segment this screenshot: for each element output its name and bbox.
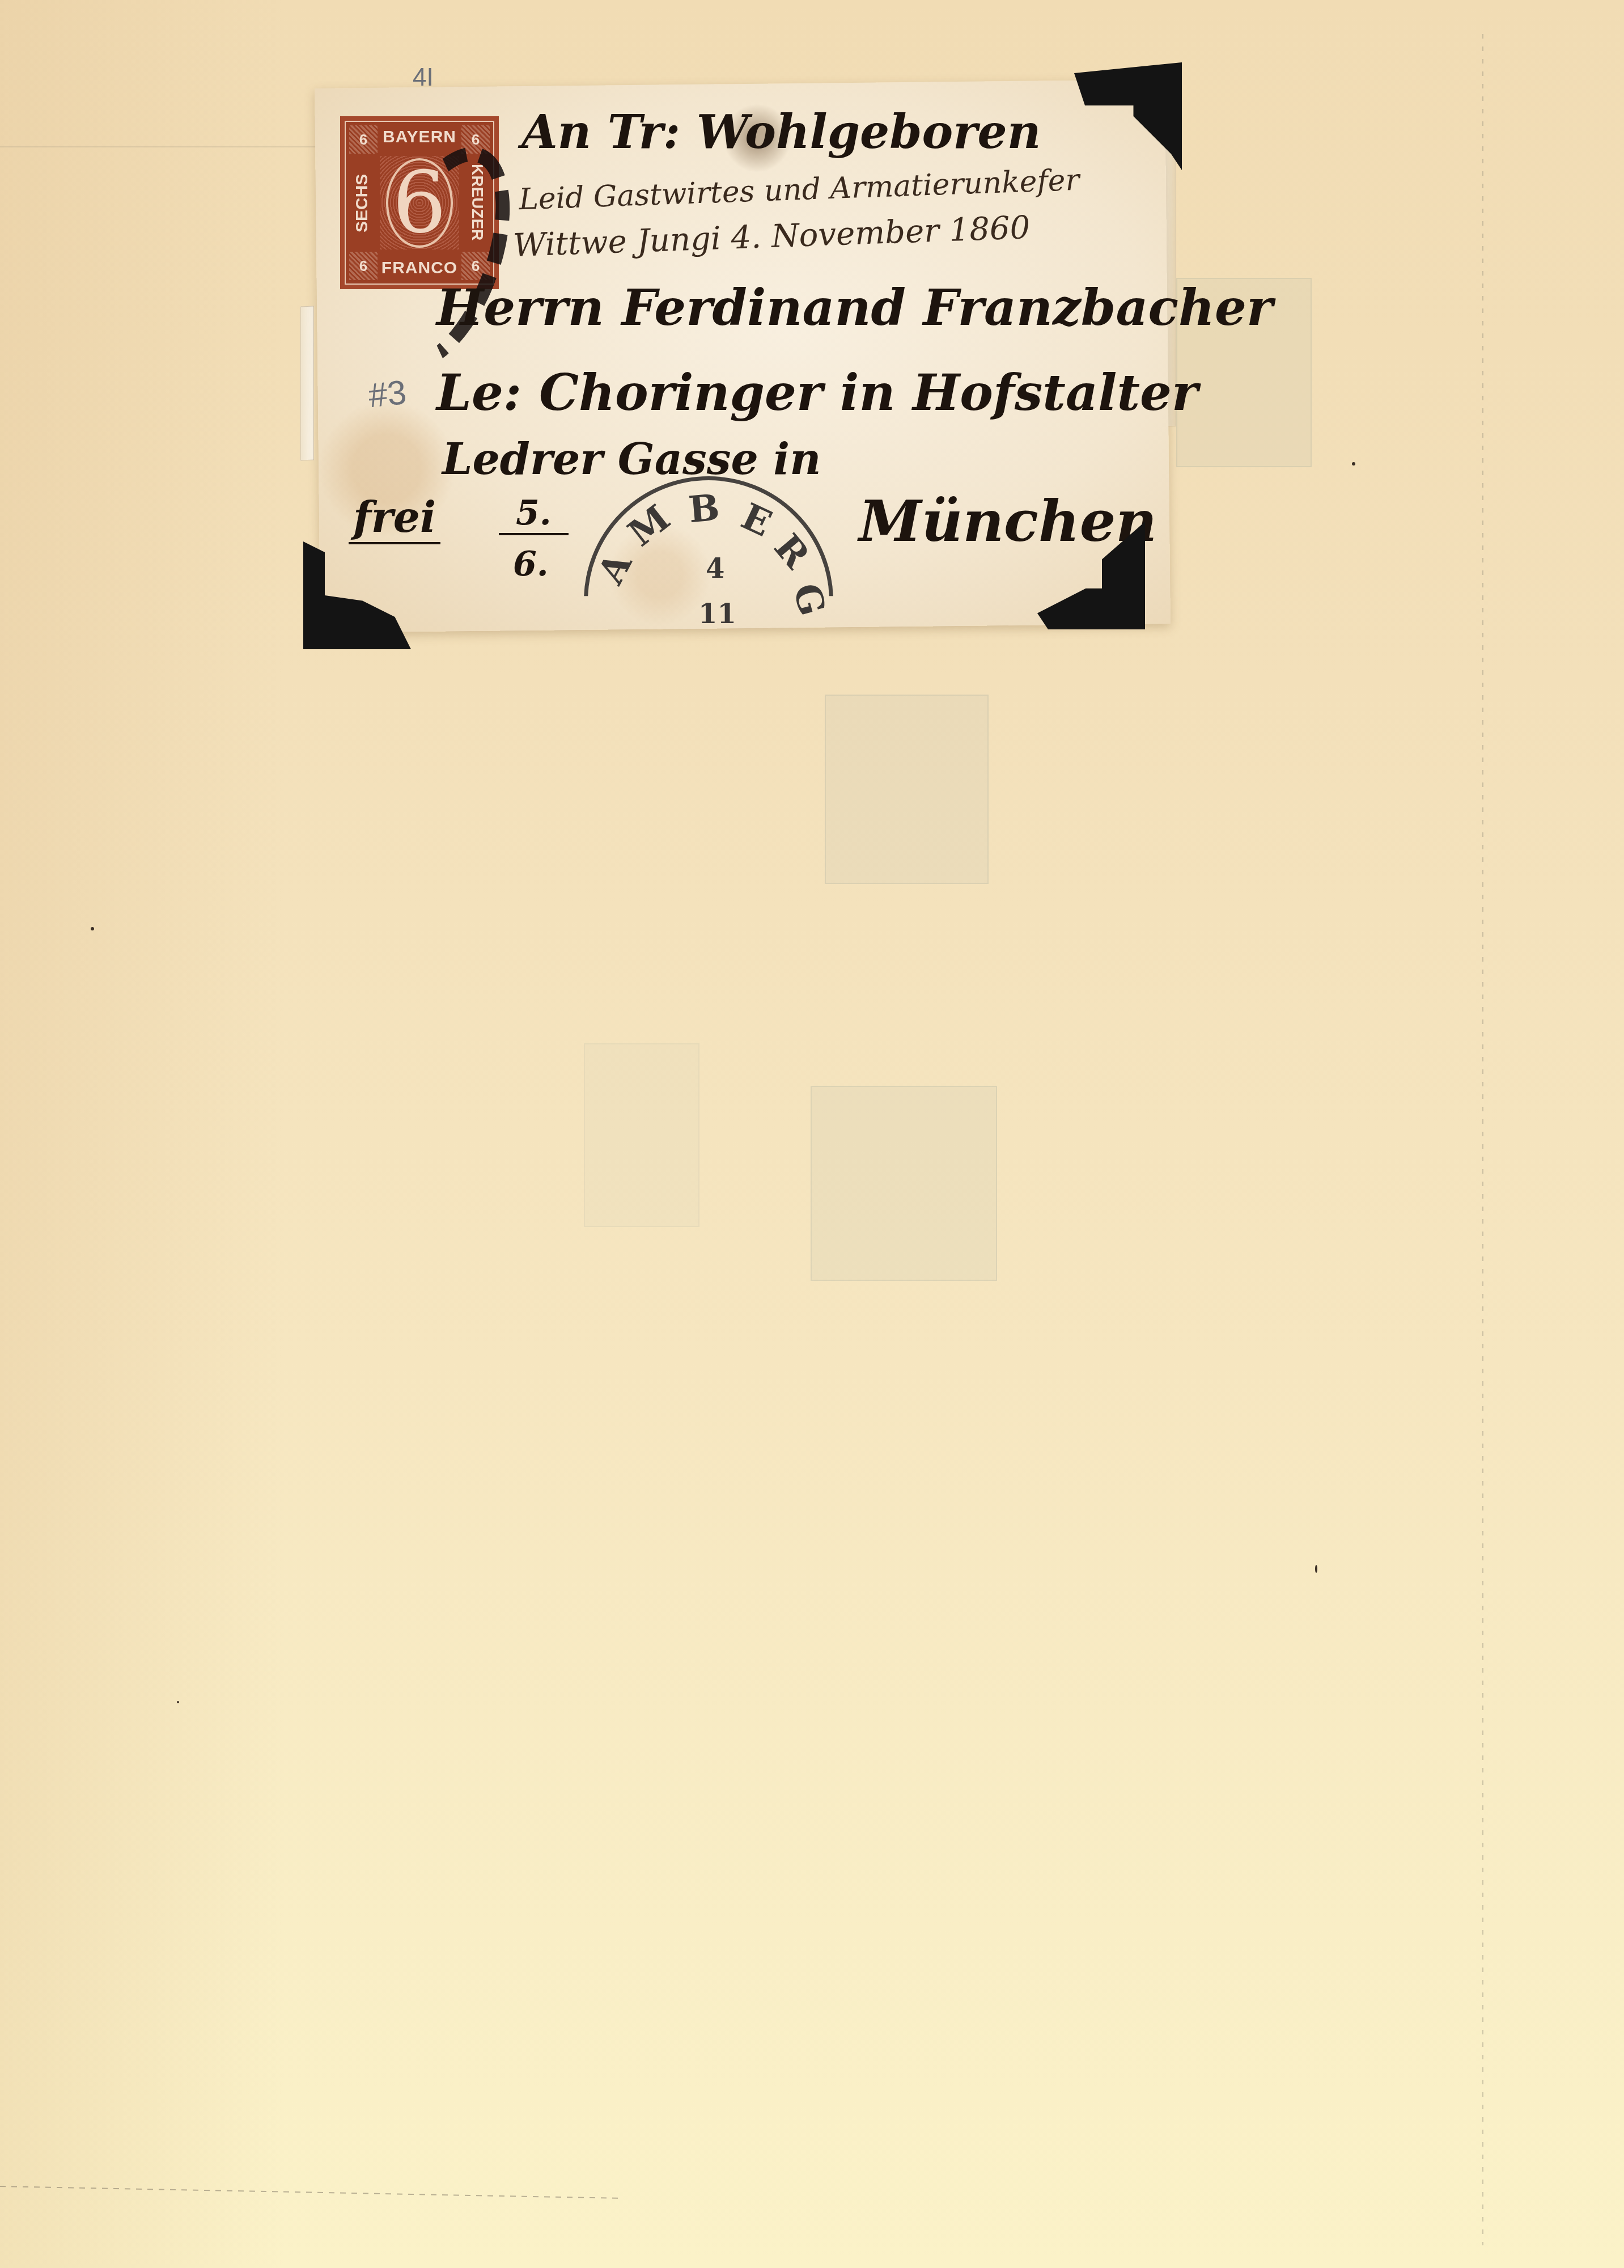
paper-speck xyxy=(1352,462,1355,466)
envelope-fold-edge-left xyxy=(300,306,314,461)
album-guide-line-vertical xyxy=(1482,34,1483,2245)
stamp-country-label: BAYERN xyxy=(378,128,461,147)
address-line-recipient: Herrn Ferdinand Franzbacher xyxy=(436,278,1273,337)
paper-speck xyxy=(1315,1565,1317,1573)
postmark-day: 4 xyxy=(706,553,724,585)
franking-fraction-bottom: 6. xyxy=(513,544,549,584)
address-line-city: München xyxy=(859,488,1157,555)
ghost-stamp-impression xyxy=(811,1086,997,1281)
album-guide-line-horizontal xyxy=(0,146,317,147)
stamp-corner-numeral: 6 xyxy=(349,125,378,154)
address-line-care-of: Le: Choringer in Hofstalter xyxy=(436,363,1198,422)
paper-speck xyxy=(91,927,94,930)
postmark-letter: B xyxy=(687,486,721,531)
page-shading xyxy=(0,0,283,2268)
ghost-stamp-impression xyxy=(584,1043,699,1227)
ghost-stamp-impression xyxy=(825,695,989,884)
address-line-salutation: An Tr: Wohlgeboren xyxy=(521,105,1041,159)
stamp-value-word: SECHS xyxy=(353,160,375,246)
franking-frei-note: frei xyxy=(349,493,440,544)
pencil-note-left: #3 xyxy=(367,373,409,416)
paper-speck xyxy=(177,1701,179,1703)
stamp-corner-numeral: 6 xyxy=(349,252,378,280)
franking-fraction-top: 5. xyxy=(499,493,569,535)
address-line-street: Ledrer Gasse in xyxy=(442,434,821,484)
postmark-month: 11 xyxy=(698,598,736,630)
